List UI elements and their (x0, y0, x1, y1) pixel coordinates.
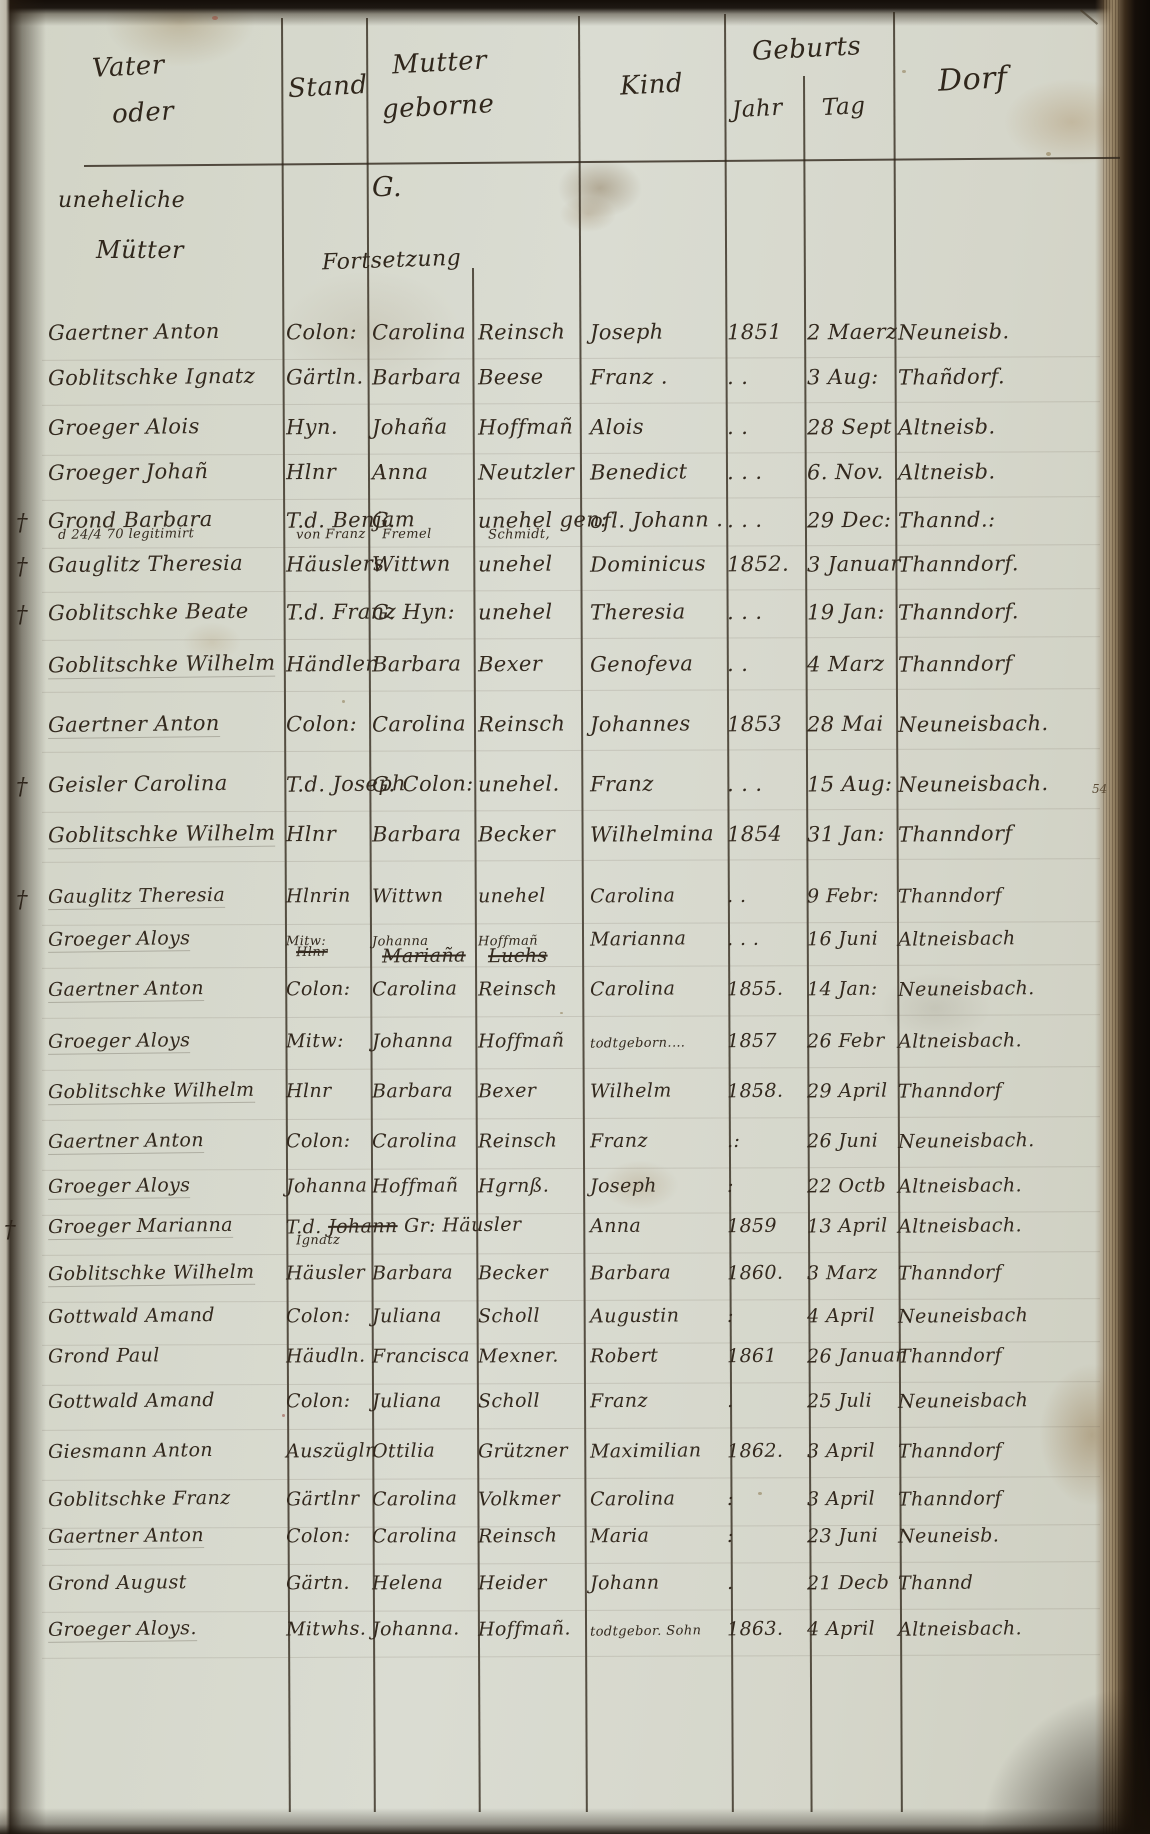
stand-cell: Gärtn. (286, 1572, 350, 1595)
register-row: Gottwald AmandColon:JulianaSchollFranz.2… (0, 1390, 1150, 1436)
day-cell: 25 Juli (807, 1390, 872, 1413)
year-cell: .: (727, 1130, 741, 1152)
day-cell: 9 Febr: (807, 885, 879, 908)
stand-cell: Auszügln (286, 1439, 378, 1462)
stand-cell: Hyn. (286, 415, 338, 440)
maiden-cell: Hgrnß. (478, 1175, 549, 1198)
father-cell: Gaertner Anton (48, 711, 220, 737)
book-top-edge (0, 0, 1150, 26)
year-cell: 1862. (727, 1440, 784, 1463)
stand-cell: Colon: (286, 1390, 351, 1413)
register-row: Goblitschke WilhelmHlnrBarbaraBexerWilhe… (0, 1080, 1150, 1126)
mother-cell: Wittwn (372, 885, 444, 908)
child-cell: ofl. Johann . (590, 507, 723, 533)
header-village: Dorf (937, 60, 1008, 99)
child-cell: Marianna (590, 927, 687, 950)
note-muetter: Mütter (96, 236, 184, 264)
father-cell: Gottwald Amand (48, 1389, 215, 1413)
mother-cell: Barbara (372, 651, 462, 676)
father-cell: Geisler Carolina (48, 771, 228, 797)
day-cell: 6. Nov. (807, 460, 884, 485)
father-cell: Gaertner Anton (48, 1524, 204, 1548)
stand-cell: Häudln. (286, 1345, 366, 1368)
day-cell: 3 Aug: (807, 365, 879, 390)
father-cell: Groeger Aloys (48, 1029, 191, 1053)
day-cell: 26 Juni (807, 1130, 878, 1153)
child-cell: Franz (590, 772, 654, 797)
mother-cell: Ottilia (372, 1440, 435, 1463)
maiden-cell: Becker (478, 1262, 548, 1285)
father-cell: Grond August (48, 1571, 187, 1595)
stand-cell: T.d. Johann Gr: HäuslerIgnatz (286, 1214, 522, 1249)
child-cell: Theresia (590, 599, 686, 624)
stand-cell: Hlnr (286, 460, 336, 485)
register-row: Goblitschke WilhelmHändlerBarbaraBexerGe… (0, 652, 1150, 698)
register-row: Goblitschke WilhelmHäuslerBarbaraBeckerB… (0, 1262, 1150, 1308)
register-row: Groeger AloysMitw:HlnrJohannaMariañaHoff… (0, 928, 1150, 974)
day-cell: 23 Juni (807, 1525, 878, 1548)
village-cell: Thanndorf (898, 651, 1013, 676)
father-cell: Groeger Alois (48, 414, 200, 440)
child-cell: Wilhelm (590, 1080, 672, 1103)
maiden-cell: Reinsch (478, 978, 558, 1001)
stand-cell: Colon: (286, 1525, 351, 1548)
maiden-cell: Hoffmañ (478, 1029, 565, 1052)
day-cell: 15 Aug: (807, 771, 893, 796)
stand-cell: Mitw:Hlnr (286, 928, 328, 961)
maiden-cell: unehel (478, 600, 553, 625)
year-cell: 1861 (727, 1345, 777, 1368)
mother-cell: Carolina (372, 711, 466, 736)
stand-cell: Hlnr (286, 822, 336, 847)
child-cell: Dominicus (590, 551, 706, 576)
village-cell: Thanndorf (898, 1487, 1002, 1510)
maiden-cell: HoffmañLuchs (478, 928, 548, 968)
register-row: †Geisler CarolinaT.d. JosephG. Colon:une… (0, 772, 1150, 818)
father-cell: Goblitschke Wilhelm (48, 651, 276, 678)
child-cell: Carolina (590, 977, 676, 1000)
child-cell: Franz (590, 1390, 648, 1413)
header-day: Tag (821, 93, 866, 121)
year-cell: 1853 (727, 712, 782, 737)
deceased-cross-mark: † (16, 602, 28, 628)
maiden-cell: Becker (478, 822, 556, 847)
village-cell: Altneisbach. (898, 1214, 1022, 1238)
deceased-cross-mark: † (4, 1217, 16, 1243)
register-row: Groeger AloisHyn.JohañaHoffmañAlois. .28… (0, 415, 1150, 461)
register-row: Grond AugustGärtn.HelenaHeiderJohann.21 … (0, 1572, 1150, 1618)
mother-cell: Wittwn (372, 552, 451, 577)
day-cell: 22 Octb (807, 1175, 886, 1198)
year-cell: . . (727, 885, 747, 907)
header-father-line1: Vater (91, 50, 165, 84)
mother-cell: Johanna. (372, 1617, 460, 1640)
maiden-cell: Beese (478, 365, 544, 390)
mother-cell: Anna (372, 460, 429, 485)
register-row: Giesmann AntonAuszüglnOttiliaGrütznerMax… (0, 1440, 1150, 1486)
child-cell: todtgebor. Sohn (590, 1617, 702, 1640)
page-curl-shadow (980, 1684, 1150, 1834)
maiden-cell: Hoffmañ (478, 414, 574, 439)
mother-cell: G. Hyn: (372, 599, 455, 624)
day-cell: 3 Januar (807, 551, 901, 576)
father-cell: Goblitschke Ignatz (48, 364, 255, 391)
father-cell: Gaertner Anton (48, 319, 220, 345)
village-cell: Altneisbach. (898, 1617, 1022, 1641)
village-cell: Altneisb. (898, 414, 996, 439)
day-cell: 3 April (807, 1440, 875, 1463)
register-row: Gaertner AntonColon:CarolinaReinschJohan… (0, 712, 1150, 758)
stand-cell: Mitw: (286, 1030, 344, 1053)
child-cell: Johannes (590, 711, 691, 736)
village-cell: Thanndorf (898, 1439, 1002, 1462)
child-cell: Joseph (590, 320, 664, 345)
deceased-cross-mark: † (16, 887, 28, 913)
year-cell: . . . (727, 460, 763, 484)
day-cell: 14 Jan: (807, 978, 878, 1001)
maiden-cell: unehel (478, 552, 553, 577)
stand-cell: Gärtlnr (286, 1488, 360, 1511)
header-child: Kind (619, 68, 684, 101)
stand-cell: Johanna (286, 1175, 367, 1198)
child-cell: Alois (590, 415, 644, 440)
deceased-cross-mark: † (16, 510, 28, 536)
register-row: †Goblitschke BeateT.d. FranzG. Hyn:unehe… (0, 600, 1150, 646)
mother-cell: Johanna (372, 1030, 453, 1053)
father-cell: Groeger Aloys (48, 1174, 191, 1198)
stand-cell: Colon: (286, 712, 357, 737)
village-cell: Thanndorf (898, 1261, 1002, 1284)
header-birth: Geburts (751, 31, 862, 67)
year-cell: 1854 (727, 822, 782, 847)
day-cell: 29 April (807, 1080, 888, 1103)
village-cell: Neuneisbach. (898, 1129, 1035, 1153)
stand-cell: Häusler (286, 1262, 365, 1285)
maiden-cell: Heider (478, 1572, 547, 1595)
father-cell: Grond Barbarad 24/4 70 legitimirt (48, 507, 213, 543)
village-cell: Thannd.: (898, 507, 996, 532)
maiden-cell: Scholl (478, 1390, 540, 1413)
child-cell: Benedict (590, 459, 688, 484)
maiden-cell: Reinsch (478, 1525, 558, 1548)
maiden-cell: Neutzler (478, 459, 575, 484)
maiden-cell: Grützner (478, 1439, 568, 1462)
register-row: Goblitschke IgnatzGärtln.BarbaraBeeseFra… (0, 365, 1150, 411)
day-cell: 13 April (807, 1215, 888, 1238)
day-cell: 29 Dec: (807, 507, 892, 532)
village-cell: Thanndorf. (898, 551, 1019, 576)
village-cell: Altneisbach (898, 927, 1016, 950)
mother-cell: Barbara (372, 1080, 453, 1103)
year-cell: . . . (727, 508, 763, 532)
mother-cell: Hoffmañ (372, 1174, 459, 1197)
deceased-cross-mark: † (16, 774, 28, 800)
day-cell: 26 Januar (807, 1344, 905, 1367)
child-cell: todtgeborn.… (590, 1029, 686, 1052)
child-cell: Genofeva (590, 651, 693, 676)
register-row: †Gauglitz TheresiaHlnrinWittwnunehelCaro… (0, 885, 1150, 931)
day-cell: 28 Mai (807, 712, 884, 737)
register-row: Groeger JohañHlnrAnnaNeutzlerBenedict. .… (0, 460, 1150, 506)
stand-cell: Händler (286, 651, 376, 676)
child-cell: Carolina (590, 884, 676, 907)
maiden-cell: unehel gen:Schmidt, (478, 507, 608, 543)
village-cell: Altneisbach. (898, 1174, 1022, 1198)
stand-cell: Hlnr (286, 1080, 332, 1103)
village-cell: Neuneisbach (898, 1389, 1028, 1413)
mother-cell: Carolina (372, 977, 458, 1000)
village-cell: Neuneisb. (898, 1524, 999, 1547)
year-cell: . (727, 1572, 734, 1594)
father-cell: Giesmann Anton (48, 1439, 213, 1463)
village-cell: Neuneisbach. (898, 771, 1049, 797)
mother-cell: Barbara (372, 1262, 453, 1285)
year-cell: 1855. (727, 978, 784, 1001)
mother-cell: Johaña (372, 415, 448, 440)
father-cell: Gauglitz Theresia (48, 884, 225, 908)
register-row: Gaertner AntonColon:CarolinaReinschFranz… (0, 1130, 1150, 1176)
mother-cell: G. Colon: (372, 771, 474, 796)
mother-cell: JohannaMariaña (372, 927, 466, 967)
year-cell: 1857 (727, 1030, 777, 1053)
maiden-cell: Bexer (478, 1080, 537, 1103)
village-cell: Thanndorf (898, 1344, 1002, 1367)
header-mother-line1: Mutter (391, 46, 488, 81)
maiden-cell: Hoffmañ. (478, 1617, 571, 1640)
child-cell: Robert (590, 1345, 659, 1368)
year-cell: : (727, 1488, 734, 1510)
year-cell: . . (727, 415, 749, 439)
mother-cell: Francisca (372, 1344, 470, 1367)
child-cell: Joseph (590, 1175, 657, 1198)
register-row: †Gauglitz TheresiaHäuslersWittwnunehelDo… (0, 552, 1150, 598)
day-cell: 4 Marz (807, 652, 885, 677)
register-page: Vater oder Stand Mutter geborne Kind Geb… (0, 0, 1150, 1834)
stand-cell: Colon: (286, 1130, 351, 1153)
year-cell: : (727, 1175, 734, 1197)
father-cell: Gaertner Anton (48, 1129, 204, 1153)
stand-cell: Häuslers (286, 551, 385, 576)
register-row: Grond PaulHäudln.FranciscaMexner.Robert1… (0, 1345, 1150, 1391)
mother-cell: Juliana (372, 1305, 442, 1328)
father-cell: Goblitschke Wilhelm (48, 1261, 255, 1286)
year-cell: 1859 (727, 1215, 777, 1238)
section-continuation: Fortsetzung (322, 246, 462, 276)
father-cell: Gaertner Anton (48, 977, 204, 1001)
mother-cell: Barbara (372, 821, 462, 846)
child-cell: Franz . (590, 365, 668, 390)
stand-cell: Colon: (286, 1305, 351, 1328)
stand-cell: Gärtln. (286, 365, 364, 390)
year-cell: 1863. (727, 1618, 784, 1641)
deceased-cross-mark: † (16, 554, 28, 580)
child-cell: Anna (590, 1215, 641, 1238)
maiden-cell: unehel. (478, 772, 560, 797)
year-cell: . . . (727, 928, 759, 950)
year-cell: . . . (727, 600, 763, 624)
mother-cell: G.Fremel (372, 508, 432, 543)
father-cell: Groeger Aloys. (48, 1617, 197, 1641)
village-cell: Neuneisb. (898, 319, 1010, 344)
father-cell: Grond Paul (48, 1344, 160, 1367)
register-row: †Grond Barbarad 24/4 70 legitimirtT.d. B… (0, 508, 1150, 554)
village-cell: Thanndorf (898, 1079, 1002, 1102)
day-cell: 31 Jan: (807, 822, 885, 847)
father-cell: Groeger Aloys (48, 927, 191, 951)
register-row: Groeger Aloys.Mitwhs.Johanna.Hoffmañ.tod… (0, 1618, 1150, 1664)
year-cell: : (727, 1525, 734, 1547)
mother-cell: Carolina (372, 1524, 458, 1547)
stand-cell: Colon: (286, 978, 351, 1001)
mother-cell: Carolina (372, 1487, 458, 1510)
maiden-cell: Reinsch (478, 711, 566, 736)
mother-cell: Carolina (372, 1129, 458, 1152)
village-cell: Neuneisbach. (898, 977, 1035, 1001)
maiden-cell: Bexer (478, 652, 542, 677)
day-cell: 4 April (807, 1618, 875, 1641)
village-cell: Thanndorf (898, 821, 1013, 846)
maiden-cell: unehel (478, 885, 546, 908)
register-row: Goblitschke WilhelmHlnrBarbaraBeckerWilh… (0, 822, 1150, 868)
child-cell: Franz (590, 1130, 648, 1153)
child-cell: Johann (590, 1572, 660, 1595)
child-cell: Maria (590, 1525, 650, 1548)
mother-cell: Juliana (372, 1390, 442, 1413)
father-cell: Goblitschke Franz (48, 1487, 231, 1511)
mother-cell: Carolina (372, 319, 466, 344)
year-cell: 1851 (727, 320, 782, 345)
year-cell: 1860. (727, 1262, 784, 1285)
child-cell: Barbara (590, 1262, 671, 1285)
day-cell: 3 Marz (807, 1262, 878, 1285)
father-cell: Goblitschke Beate (48, 599, 249, 625)
day-cell: 3 April (807, 1488, 875, 1511)
village-cell: Thanndorf. (898, 599, 1019, 624)
father-cell: Goblitschke Wilhelm (48, 821, 276, 848)
child-cell: Augustin (590, 1304, 680, 1327)
register-row: Gaertner AntonColon:CarolinaReinschJosep… (0, 320, 1150, 366)
father-cell: Gottwald Amand (48, 1304, 215, 1328)
father-cell: Groeger Marianna (48, 1214, 233, 1238)
village-cell: Thanndorf (898, 884, 1002, 907)
note-uneheliche: uneheliche (58, 188, 185, 213)
register-row: Gaertner AntonColon:CarolinaReinschCarol… (0, 978, 1150, 1024)
father-cell: Groeger Johañ (48, 459, 209, 485)
maiden-cell: Reinsch (478, 319, 566, 344)
village-cell: Thannd (898, 1572, 974, 1595)
section-letter: G. (372, 172, 402, 203)
village-cell: Neuneisbach. (898, 711, 1049, 737)
book-bottom-edge (0, 1808, 1150, 1834)
day-cell: 19 Jan: (807, 600, 885, 625)
header-father-line2: oder (111, 96, 175, 129)
year-cell: . . . (727, 772, 763, 796)
year-cell: . . (727, 652, 749, 676)
year-cell: 1852. (727, 552, 789, 577)
register-row: †Groeger MariannaT.d. Johann Gr: Häusler… (0, 1215, 1150, 1261)
child-cell: Wilhelmina (590, 821, 714, 847)
stand-cell: Colon: (286, 320, 357, 345)
register-row: Gaertner AntonColon:CarolinaReinschMaria… (0, 1525, 1150, 1571)
day-cell: 16 Juni (807, 928, 878, 951)
day-cell: 2 Maerz (807, 319, 898, 344)
day-cell: 4 April (807, 1305, 875, 1328)
day-cell: 26 Febr (807, 1030, 885, 1053)
day-cell: 21 Decb (807, 1571, 890, 1594)
header-mother-line2: geborne (381, 89, 495, 125)
village-cell: Thañdorf. (898, 364, 1005, 389)
header-year: Jahr (731, 95, 783, 124)
maiden-cell: Mexner. (478, 1345, 559, 1368)
father-cell: Goblitschke Wilhelm (48, 1079, 255, 1104)
stand-cell: Mitwhs. (286, 1618, 367, 1641)
register-row: Groeger AloysMitw:JohannaHoffmañtodtgebo… (0, 1030, 1150, 1076)
child-cell: Maximilian (590, 1439, 702, 1462)
maiden-cell: Scholl (478, 1305, 540, 1328)
maiden-cell: Volkmer (478, 1487, 560, 1510)
year-cell: . (727, 1390, 734, 1412)
village-cell: Altneisbach. (898, 1029, 1022, 1053)
father-cell: Gauglitz Theresia (48, 551, 243, 577)
year-cell: . . (727, 365, 749, 389)
year-cell: 1858. (727, 1080, 784, 1103)
mother-cell: Helena (372, 1572, 443, 1595)
day-cell: 28 Sept (807, 414, 892, 439)
village-cell: Altneisb. (898, 459, 996, 484)
year-cell: : (727, 1305, 734, 1327)
header-stand: Stand (287, 70, 368, 104)
stand-cell: Hlnrin (286, 885, 351, 908)
village-cell: Neuneisbach (898, 1304, 1028, 1328)
mother-cell: Barbara (372, 364, 462, 389)
child-cell: Carolina (590, 1487, 676, 1510)
maiden-cell: Reinsch (478, 1130, 558, 1153)
